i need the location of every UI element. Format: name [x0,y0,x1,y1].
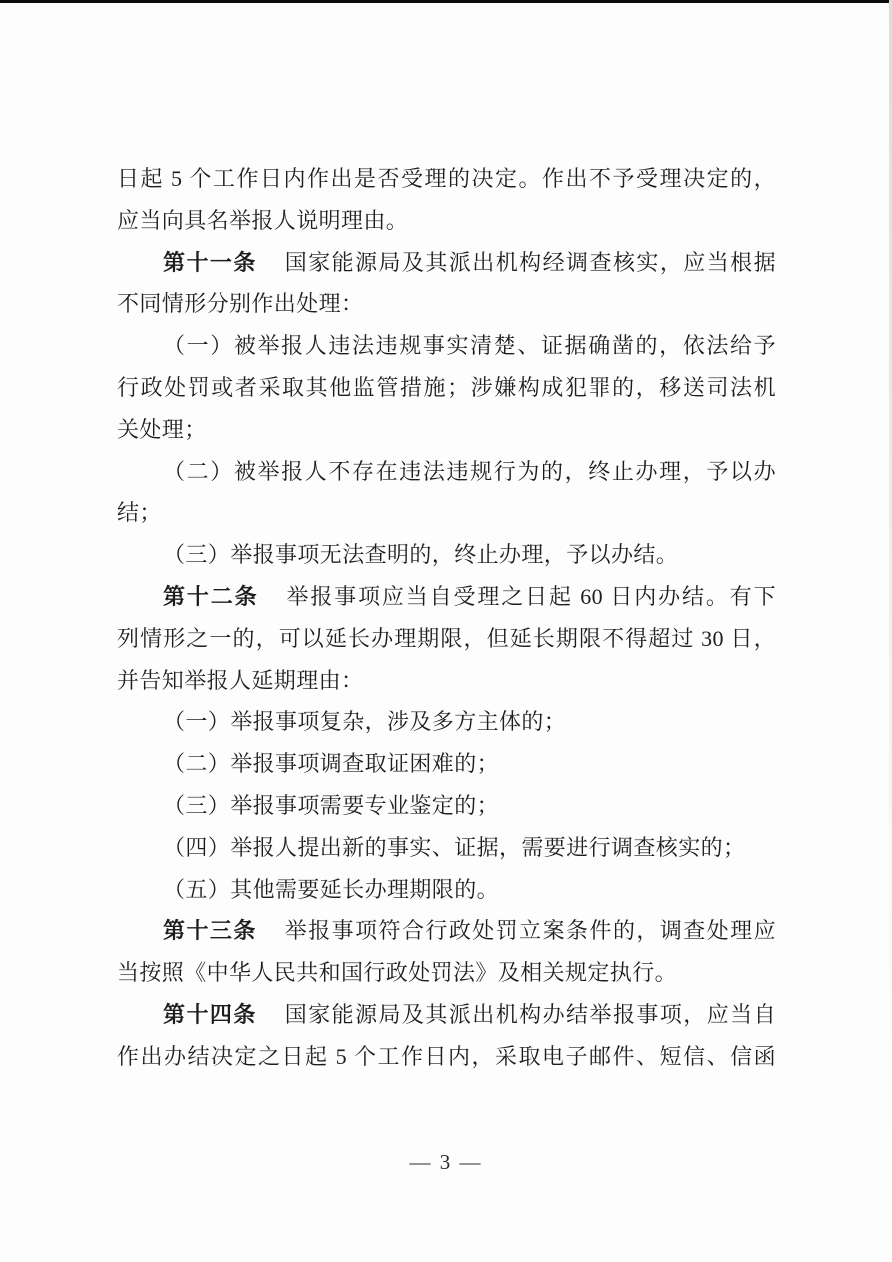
text-line: 第十一条国家能源局及其派出机构经调查核实，应当根据 [117,242,776,284]
line-text: 举报事项符合行政处罚立案条件的，调查处理应 [285,918,776,943]
text-line: 第十二条举报事项应当自受理之日起 60 日内办结。有下 [117,576,776,618]
top-edge-rule [0,0,892,3]
article-number: 第十二条 [163,584,258,609]
line-text: 关处理； [117,417,207,442]
line-text: （一）被举报人违法违规事实清楚、证据确凿的，依法给予 [163,333,776,358]
text-line: （二）举报事项调查取证困难的； [117,743,776,785]
line-text: （二）举报事项调查取证困难的； [163,751,499,776]
line-text: 日起 5 个工作日内作出是否受理的决定。作出不予受理决定的， [117,166,776,191]
text-line: （二）被举报人不存在违法违规行为的，终止办理，予以办 [117,451,776,493]
text-line: 第十三条举报事项符合行政处罚立案条件的，调查处理应 [117,910,776,952]
text-line: （三）举报事项需要专业鉴定的； [117,785,776,827]
line-text: 应当向具名举报人说明理由。 [117,208,408,233]
text-line: 不同情形分别作出处理： [117,283,776,325]
text-line: 作出办结决定之日起 5 个工作日内，采取电子邮件、短信、信函 [117,1036,776,1078]
page-number: — 3 — [0,1150,892,1175]
text-line: 行政处罚或者采取其他监管措施；涉嫌构成犯罪的，移送司法机 [117,367,776,409]
line-text: 结； [117,500,162,525]
line-text: 列情形之一的，可以延长办理期限，但延长期限不得超过 30 日， [117,626,776,651]
text-line: （四）举报人提出新的事实、证据，需要进行调查核实的； [117,827,776,869]
article-number: 第十四条 [163,1002,257,1027]
text-line: （三）举报事项无法查明的，终止办理，予以办结。 [117,534,776,576]
text-line: （五）其他需要延长办理期限的。 [117,869,776,911]
line-text: （四）举报人提出新的事实、证据，需要进行调查核实的； [163,835,745,860]
article-number: 第十三条 [163,918,257,943]
text-line: 关处理； [117,409,776,451]
text-line: 结； [117,492,776,534]
line-text: （三）举报事项需要专业鉴定的； [163,793,499,818]
text-line: 列情形之一的，可以延长办理期限，但延长期限不得超过 30 日， [117,618,776,660]
line-text: 国家能源局及其派出机构办结举报事项，应当自 [285,1002,776,1027]
line-text: （一）举报事项复杂，涉及多方主体的； [163,709,566,734]
text-line: 并告知举报人延期理由： [117,660,776,702]
text-line: 应当向具名举报人说明理由。 [117,200,776,242]
line-text: （五）其他需要延长办理期限的。 [163,877,499,902]
line-text: （二）被举报人不存在违法违规行为的，终止办理，予以办 [163,459,776,484]
text-line: （一）举报事项复杂，涉及多方主体的； [117,701,776,743]
text-line: 当按照《中华人民共和国行政处罚法》及相关规定执行。 [117,952,776,994]
line-text: （三）举报事项无法查明的，终止办理，予以办结。 [163,542,678,567]
line-text: 作出办结决定之日起 5 个工作日内，采取电子邮件、短信、信函 [117,1044,776,1069]
text-line: 第十四条国家能源局及其派出机构办结举报事项，应当自 [117,994,776,1036]
text-line: 日起 5 个工作日内作出是否受理的决定。作出不予受理决定的， [117,158,776,200]
line-text: 当按照《中华人民共和国行政处罚法》及相关规定执行。 [117,960,677,985]
document-text-block: 日起 5 个工作日内作出是否受理的决定。作出不予受理决定的， 应当向具名举报人说… [117,158,776,1078]
line-text: 不同情形分别作出处理： [117,291,363,316]
line-text: 国家能源局及其派出机构经调查核实，应当根据 [285,250,776,275]
text-line: （一）被举报人违法违规事实清楚、证据确凿的，依法给予 [117,325,776,367]
article-number: 第十一条 [163,250,257,275]
line-text: 举报事项应当自受理之日起 60 日内办结。有下 [286,584,776,609]
line-text: 行政处罚或者采取其他监管措施；涉嫌构成犯罪的，移送司法机 [117,375,776,400]
line-text: 并告知举报人延期理由： [117,668,363,693]
